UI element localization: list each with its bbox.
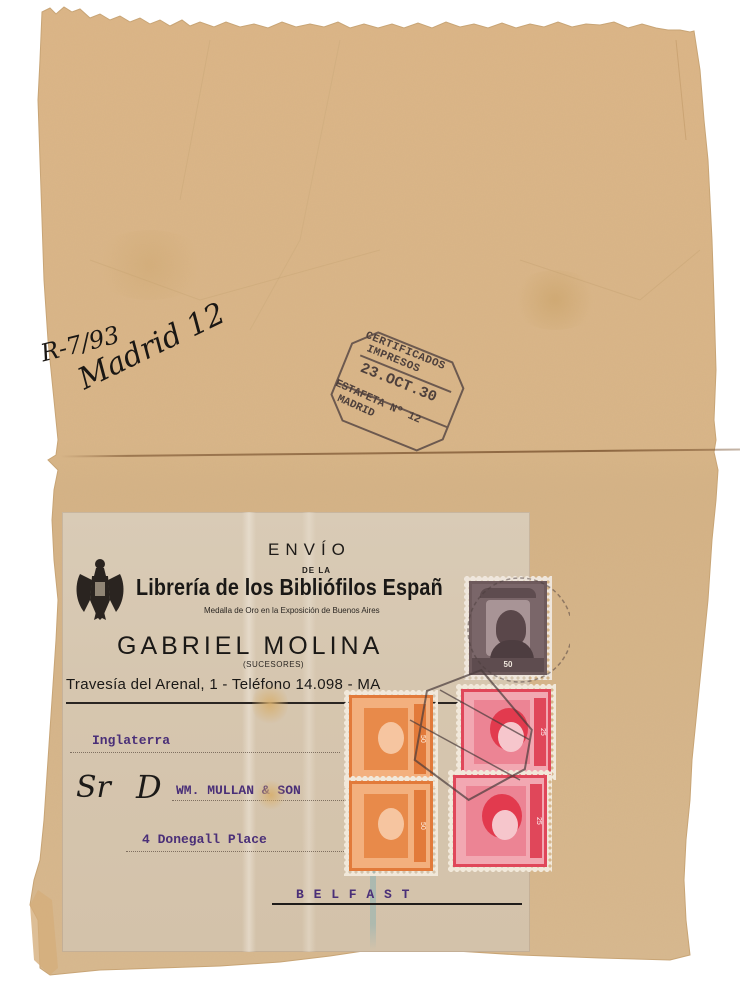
dotted-line (70, 752, 340, 753)
company-address: Travesía del Arenal, 1 - Teléfono 14.098… (66, 676, 381, 693)
water-stain (256, 780, 286, 810)
label-heading: ENVÍO (268, 540, 351, 560)
postal-wrapper: R-7/93 Madrid 12 CERTIFICADOS IMPRESOS 2… (0, 0, 748, 990)
recipient-city: B E L F A S T (296, 887, 410, 902)
water-stain (90, 230, 210, 300)
recipient-street: 4 Donegall Place (142, 832, 267, 847)
water-stain (252, 682, 288, 726)
company-name: Librería de los Bibliófilos Españ (136, 574, 443, 601)
bottom-rule (272, 903, 522, 905)
medal-line: Medalla de Oro en la Exposición de Bueno… (204, 606, 380, 615)
successors-note: (SUCESORES) (243, 660, 304, 669)
dotted-line (126, 851, 346, 852)
owner-name: GABRIEL MOLINA (117, 632, 383, 661)
cancellation-circle (440, 560, 570, 700)
salutation-d: D (136, 768, 162, 806)
eagle-emblem-icon (72, 556, 128, 620)
salutation-sr: Sr (76, 770, 111, 805)
recipient-country: Inglaterra (92, 733, 170, 748)
water-stain (510, 270, 600, 330)
